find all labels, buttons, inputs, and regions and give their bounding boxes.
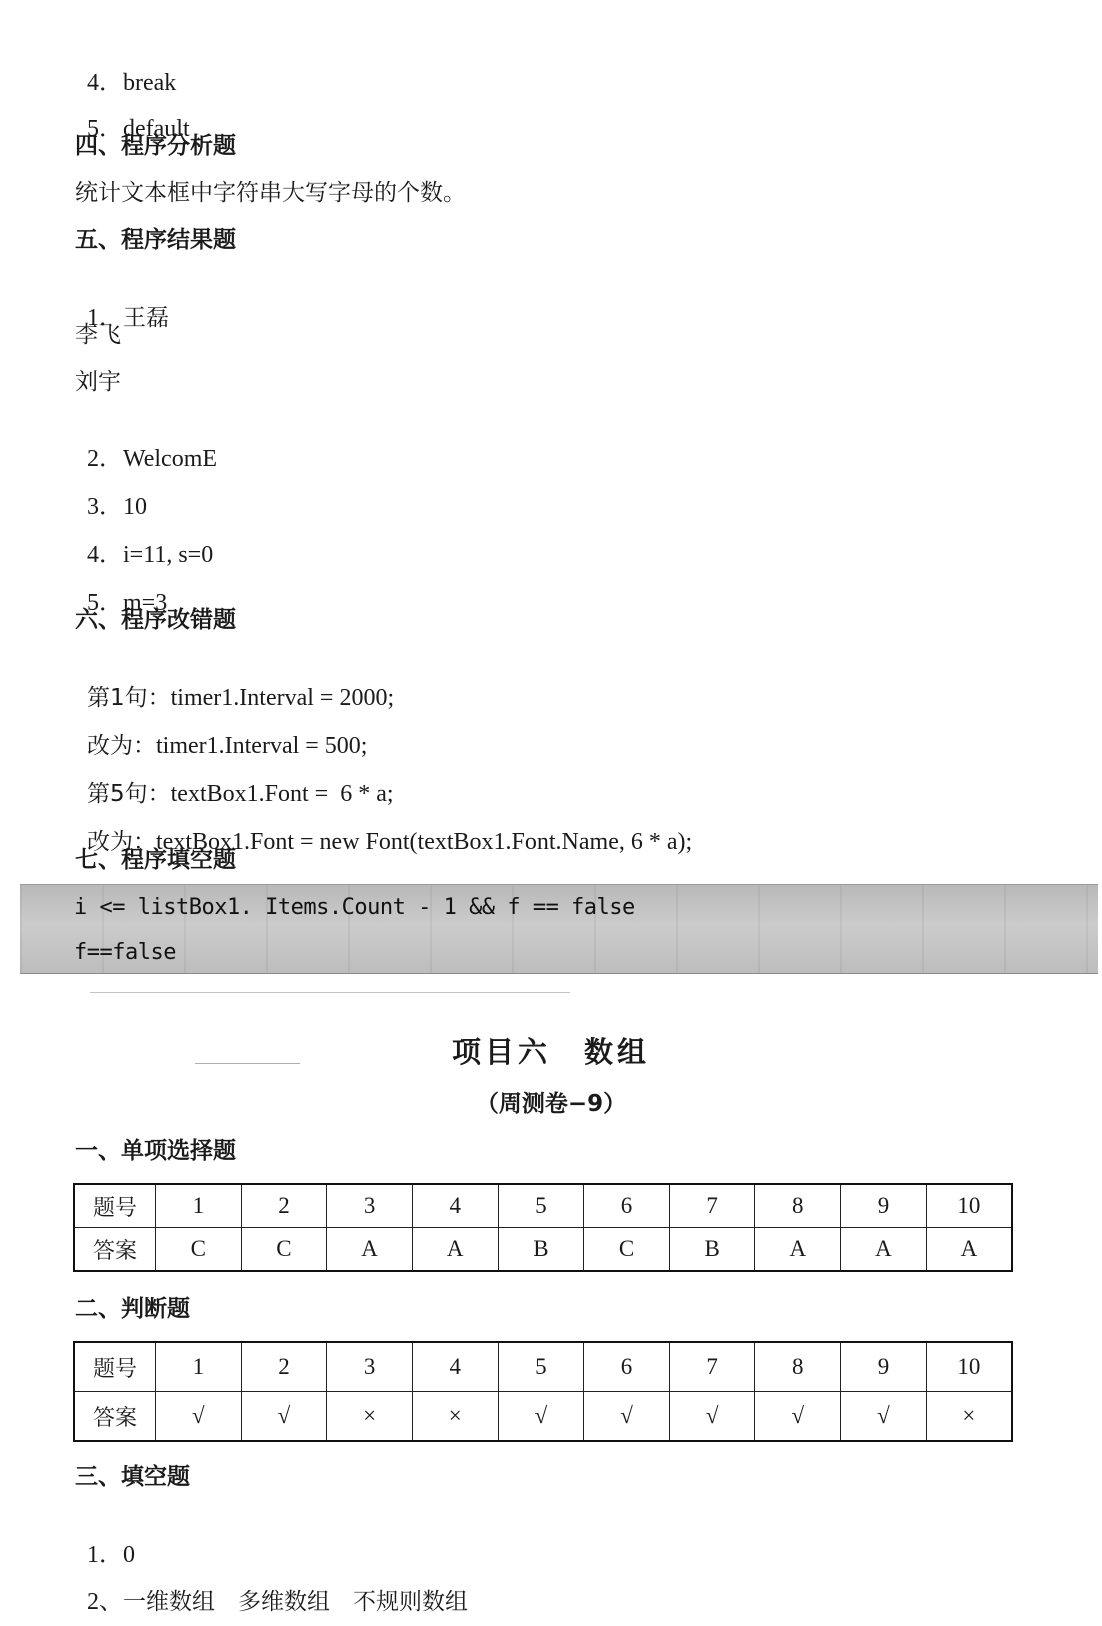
table-cell: B: [669, 1228, 755, 1272]
table-cell: 5: [498, 1342, 584, 1392]
table-cell: 8: [755, 1342, 841, 1392]
table-cell: C: [241, 1228, 327, 1272]
code-block: i <= listBox1. Items.Count - 1 && f == f…: [20, 884, 1098, 974]
divider: [90, 992, 570, 993]
table-cell: 6: [584, 1184, 670, 1228]
table-row-numbers: 题号 1 2 3 4 5 6 7 8 9 10: [74, 1342, 1012, 1392]
table-cell: 3: [327, 1184, 413, 1228]
check-mark-icon: √: [584, 1392, 670, 1442]
check-mark-icon: √: [241, 1392, 327, 1442]
table-cell: A: [412, 1228, 498, 1272]
check-mark-icon: √: [841, 1392, 927, 1442]
table-cell: 8: [755, 1184, 841, 1228]
table-row-answers: 答案 √ √ × × √ √ √ √ √ ×: [74, 1392, 1012, 1442]
table-cell: 2: [241, 1342, 327, 1392]
table-cell: 3: [327, 1342, 413, 1392]
table-cell: A: [841, 1228, 927, 1272]
result-item: 刘宇: [75, 367, 121, 397]
table-cell: 1: [156, 1184, 242, 1228]
chapter-subtitle: （周测卷−9）: [0, 1085, 1102, 1118]
table-cell: 7: [669, 1342, 755, 1392]
table-cell: 4: [412, 1184, 498, 1228]
row-label: 答案: [74, 1392, 156, 1442]
code-line-1: i <= listBox1. Items.Count - 1 && f == f…: [74, 895, 635, 920]
table-cell: 5: [498, 1184, 584, 1228]
section-heading-4: 四、程序分析题: [75, 131, 236, 161]
table-row-answers: 答案 C C A A B C B A A A: [74, 1228, 1012, 1272]
correction-code: textBox1.Font = new Font(textBox1.Font.N…: [156, 829, 692, 855]
check-mark-icon: √: [156, 1392, 242, 1442]
table-cell: 6: [584, 1342, 670, 1392]
table-cell: B: [498, 1228, 584, 1272]
cross-mark-icon: ×: [412, 1392, 498, 1442]
part-heading-3: 三、填空题: [75, 1462, 190, 1492]
check-mark-icon: √: [755, 1392, 841, 1442]
table-cell: 7: [669, 1184, 755, 1228]
table-cell: 10: [926, 1184, 1012, 1228]
part-heading-2: 二、判断题: [75, 1294, 190, 1324]
section4-answer: 统计文本框中字符串大写字母的个数。: [75, 178, 466, 208]
item-text: 一维数组 多维数组 不规则数组: [123, 1589, 468, 1615]
table-cell: 9: [841, 1184, 927, 1228]
table-cell: A: [755, 1228, 841, 1272]
table-cell: 2: [241, 1184, 327, 1228]
item-text: 王磊: [123, 305, 169, 331]
multiple-choice-answer-table: 题号 1 2 3 4 5 6 7 8 9 10 答案 C C A A B C B…: [73, 1183, 1013, 1272]
fill-blank-item: 2、一维数组 多维数组 不规则数组: [75, 1557, 468, 1617]
row-label: 题号: [74, 1184, 156, 1228]
part-heading-1: 一、单项选择题: [75, 1136, 236, 1166]
table-cell: C: [156, 1228, 242, 1272]
item-number: 2、: [87, 1589, 123, 1615]
check-mark-icon: √: [498, 1392, 584, 1442]
chapter-title: 项目六 数组: [0, 1030, 1102, 1071]
check-mark-icon: √: [669, 1392, 755, 1442]
cross-mark-icon: ×: [926, 1392, 1012, 1442]
row-label: 题号: [74, 1342, 156, 1392]
result-item: 李飞: [75, 320, 121, 350]
section-heading-7: 七、程序填空题: [75, 845, 236, 875]
section-heading-5: 五、程序结果题: [75, 225, 236, 255]
section-heading-6: 六、程序改错题: [75, 605, 236, 635]
true-false-answer-table: 题号 1 2 3 4 5 6 7 8 9 10 答案 √ √ × × √ √ √…: [73, 1341, 1013, 1442]
code-line-2: f==false: [74, 940, 176, 965]
table-cell: 4: [412, 1342, 498, 1392]
table-cell: A: [327, 1228, 413, 1272]
row-label: 答案: [74, 1228, 156, 1272]
table-cell: 9: [841, 1342, 927, 1392]
table-cell: 1: [156, 1342, 242, 1392]
table-cell: C: [584, 1228, 670, 1272]
table-cell: 10: [926, 1342, 1012, 1392]
cross-mark-icon: ×: [327, 1392, 413, 1442]
table-cell: A: [926, 1228, 1012, 1272]
table-row-numbers: 题号 1 2 3 4 5 6 7 8 9 10: [74, 1184, 1012, 1228]
